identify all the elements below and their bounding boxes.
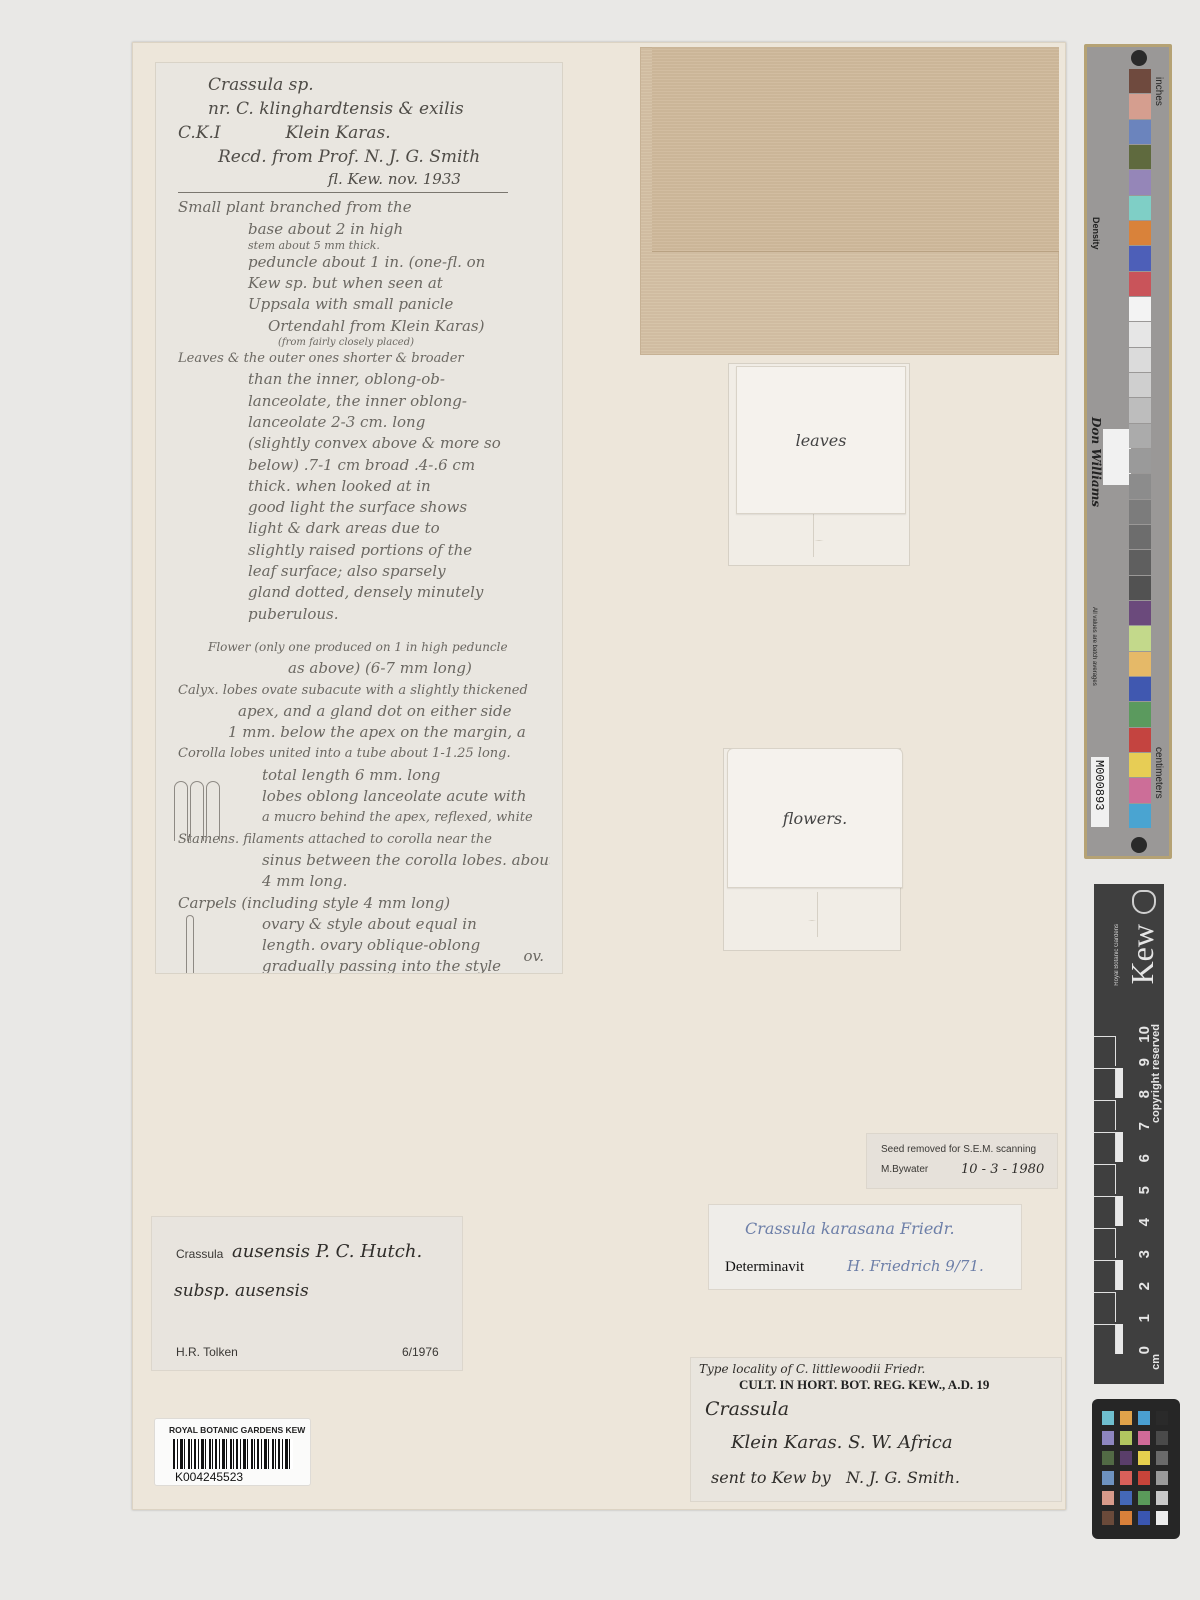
colorbar-density-label: Density (1091, 217, 1101, 250)
leaves-packet[interactable]: leaves (736, 366, 906, 514)
flowers-packet-label: flowers. (783, 809, 847, 828)
ruler-tick-label: 6 (1136, 1154, 1153, 1162)
color-calibration-bar: inches centimeters Density Don Williams … (1084, 44, 1172, 859)
note-divider (178, 192, 508, 193)
note-line: C.K.I Klein Karas. (178, 121, 550, 145)
kew-crest-icon (1132, 890, 1156, 914)
note-line: Small plant branched from the (178, 197, 550, 218)
color-swatch (1129, 449, 1151, 473)
ruler-tick-label: 3 (1136, 1250, 1153, 1258)
barcode-bars-icon (173, 1439, 293, 1469)
sem-label-text: Seed removed for S.E.M. scanning (881, 1144, 1036, 1155)
color-swatch (1129, 424, 1151, 448)
note-line: length. ovary oblique-oblong (178, 935, 550, 956)
color-swatch (1129, 677, 1151, 701)
sem-label-date: 10 - 3 - 1980 (961, 1162, 1044, 1177)
color-swatch (1129, 145, 1151, 169)
checker-patch (1102, 1471, 1114, 1485)
color-swatch (1129, 120, 1151, 144)
color-swatch (1129, 728, 1151, 752)
note-line: slightly raised portions of the (178, 540, 550, 561)
note-line: Kew sp. but when seen at (178, 273, 550, 294)
petal-sketch-icon (174, 781, 188, 841)
color-checker-card (1092, 1399, 1180, 1539)
note-line: fl. Kew. nov. 1933 (178, 169, 550, 190)
note-line: light & dark areas due to (178, 518, 550, 539)
note-line: peduncle about 1 in. (one-fl. on (178, 252, 550, 273)
note-line: nr. C. klinghardtensis & exilis (178, 97, 550, 121)
colorbar-hole-icon (1131, 837, 1147, 853)
note-line: lanceolate, the inner oblong- (178, 391, 550, 412)
ruler-alternating-bar (1116, 1196, 1123, 1226)
color-swatch (1129, 373, 1151, 397)
color-swatch (1129, 170, 1151, 194)
checker-patch (1138, 1411, 1150, 1425)
checker-patch (1102, 1431, 1114, 1445)
ruler-segment (1094, 1164, 1116, 1194)
checker-patch (1102, 1411, 1114, 1425)
note-line: 4 mm long. (178, 871, 550, 892)
ruler-tick-label: 2 (1136, 1282, 1153, 1290)
ruler-segment (1094, 1196, 1116, 1226)
cultivation-label: Type locality of C. littlewoodii Friedr.… (690, 1357, 1062, 1502)
cult-type-locality: Type locality of C. littlewoodii Friedr. (699, 1362, 925, 1376)
tolken-genus: Crassula (176, 1247, 223, 1261)
color-swatch (1129, 474, 1151, 498)
barcode-header: ROYAL BOTANIC GARDENS KEW (169, 1425, 305, 1435)
note-line: lanceolate 2-3 cm. long (178, 412, 550, 433)
checker-patch (1102, 1511, 1114, 1525)
cult-printed-header: CULT. IN HORT. BOT. REG. KEW., A.D. 19 (739, 1377, 989, 1393)
color-swatch (1129, 297, 1151, 321)
colorbar-units-bottom: centimeters (1153, 747, 1164, 799)
checker-patch (1102, 1491, 1114, 1505)
colorbar-brand: Don Williams (1089, 417, 1103, 507)
checker-patch (1120, 1431, 1132, 1445)
note-line: apex, and a gland dot on either side (178, 701, 550, 722)
note-line: Stamens. filaments attached to corolla n… (178, 829, 550, 850)
color-swatch (1129, 69, 1151, 93)
kew-subtitle: Royal Botanic Gardens (1114, 924, 1120, 986)
determination-label-tolken: Crassula ausensis P. C. Hutch. subsp. au… (151, 1216, 463, 1371)
ruler-alternating-bar (1116, 1100, 1123, 1130)
tolken-determiner: H.R. Tolken (176, 1345, 238, 1359)
checker-patch (1138, 1511, 1150, 1525)
color-swatch (1129, 246, 1151, 270)
ruler-tick-label: 5 (1136, 1186, 1153, 1194)
tolken-date: 6/1976 (402, 1345, 439, 1359)
checker-patch (1120, 1411, 1132, 1425)
checker-patch (1156, 1451, 1168, 1465)
checker-patch (1156, 1491, 1168, 1505)
note-line: (slightly convex above & more so (178, 433, 550, 454)
ruler-tick-label: 8 (1136, 1090, 1153, 1098)
color-swatch (1129, 196, 1151, 220)
cult-genus: Crassula (705, 1398, 789, 1420)
color-swatch (1129, 550, 1151, 574)
colorbar-hole-icon (1131, 50, 1147, 66)
note-line: good light the surface shows (178, 497, 550, 518)
sem-label-name: M.Bywater (881, 1164, 928, 1175)
checker-patch (1102, 1451, 1114, 1465)
determinavit-determiner: H. Friedrich 9/71. (847, 1257, 984, 1275)
color-swatch (1129, 702, 1151, 726)
ruler-segment (1094, 1292, 1116, 1322)
note-line: puberulous. (178, 604, 550, 625)
ruler-alternating-bar (1116, 1164, 1123, 1194)
note-line: Ortendahl from Klein Karas) (178, 316, 550, 337)
colorbar-id: M000893 (1092, 760, 1106, 810)
colorbar-target-patch (1103, 429, 1131, 485)
note-signature: ov. (524, 946, 545, 967)
leaves-packet-label: leaves (796, 431, 847, 450)
note-line: gradually passing into the style (178, 956, 550, 974)
note-line: lobes oblong lanceolate acute with (178, 786, 550, 807)
flowers-packet[interactable]: flowers. (727, 748, 903, 888)
ruler-segment (1094, 1068, 1116, 1098)
note-line: a mucro behind the apex, reflexed, white (178, 807, 550, 828)
petal-sketch-icon (190, 781, 204, 841)
color-swatch (1129, 221, 1151, 245)
colorbar-units-top: inches (1153, 77, 1164, 106)
ruler-tick-label: 0 (1136, 1346, 1153, 1354)
cult-sender: sent to Kew by N. J. G. Smith. (711, 1468, 960, 1487)
color-swatch (1129, 804, 1151, 828)
determinavit-label: Crassula karasana Friedr. Determinavit H… (708, 1204, 1022, 1290)
determinavit-name: Crassula karasana Friedr. (745, 1219, 955, 1238)
note-line: Recd. from Prof. N. J. G. Smith (178, 145, 550, 169)
color-swatch (1129, 322, 1151, 346)
note-line: Crassula sp. (178, 73, 550, 97)
petal-sketch-icon (206, 781, 220, 841)
color-swatch (1129, 525, 1151, 549)
note-line: total length 6 mm. long (178, 765, 550, 786)
ruler-tick-label: 9 (1136, 1058, 1153, 1066)
color-swatch (1129, 753, 1151, 777)
ruler-segment (1094, 1100, 1116, 1130)
ruler-segment (1094, 1228, 1116, 1258)
note-line: than the inner, oblong-ob- (178, 369, 550, 390)
color-swatch (1129, 626, 1151, 650)
ruler-tick-label: 10 (1136, 1026, 1153, 1043)
ruler-alternating-bar (1116, 1132, 1123, 1162)
note-line: base about 2 in high (178, 219, 550, 240)
ruler-alternating-bar (1116, 1324, 1123, 1354)
color-swatch (1129, 652, 1151, 676)
checker-patch (1120, 1471, 1132, 1485)
color-swatch (1129, 576, 1151, 600)
ruler-tick-label: 4 (1136, 1218, 1153, 1226)
checker-patch (1156, 1471, 1168, 1485)
note-line: Calyx. lobes ovate subacute with a sligh… (178, 680, 550, 701)
ruler-tick-label: 1 (1136, 1314, 1153, 1322)
color-swatch (1129, 94, 1151, 118)
tolken-epithet: ausensis P. C. Hutch. (232, 1241, 422, 1262)
note-line: Carpels (including style 4 mm long) (178, 893, 550, 914)
colorbar-id-tag: M000893 (1091, 757, 1109, 827)
note-line: stem about 5 mm thick. (178, 240, 550, 252)
kew-scale-ruler: Kew Royal Botanic Gardens copyright rese… (1094, 884, 1164, 1384)
ruler-tick-label: 7 (1136, 1122, 1153, 1130)
checker-patch (1120, 1451, 1132, 1465)
checker-patch (1156, 1431, 1168, 1445)
note-line: thick. when looked at in (178, 476, 550, 497)
ruler-segment (1094, 1132, 1116, 1162)
note-line: (from fairly closely placed) (178, 337, 550, 348)
note-line: gland dotted, densely minutely (178, 582, 550, 603)
barcode-number: K004245523 (175, 1470, 243, 1484)
checker-patch (1138, 1451, 1150, 1465)
color-swatch (1129, 500, 1151, 524)
checker-patch (1138, 1431, 1150, 1445)
checker-patch (1120, 1511, 1132, 1525)
note-line: 1 mm. below the apex on the margin, a (178, 722, 550, 743)
color-swatch (1129, 398, 1151, 422)
colorbar-note: All values are batch averages (1091, 607, 1097, 686)
ruler-alternating-bar (1116, 1228, 1123, 1258)
color-swatch (1129, 272, 1151, 296)
ruler-segment (1094, 1260, 1116, 1290)
checker-patch (1120, 1491, 1132, 1505)
color-swatch (1129, 601, 1151, 625)
sem-scanning-label: Seed removed for S.E.M. scanning M.Bywat… (866, 1133, 1058, 1189)
note-line: as above) (6-7 mm long) (178, 658, 550, 679)
note-line: leaf surface; also sparsely (178, 561, 550, 582)
cult-locality: Klein Karas. S. W. Africa (731, 1432, 953, 1453)
checker-patch (1138, 1471, 1150, 1485)
note-line: Leaves & the outer ones shorter & broade… (178, 348, 550, 369)
ruler-alternating-bar (1116, 1292, 1123, 1322)
checker-patch (1138, 1491, 1150, 1505)
ruler-alternating-bar (1116, 1068, 1123, 1098)
tolken-subspecies: subsp. ausensis (174, 1281, 309, 1301)
ruler-segment (1094, 1324, 1116, 1354)
note-line: Uppsala with small panicle (178, 294, 550, 315)
kew-ruler-unit: cm (1150, 1354, 1162, 1370)
checker-patch (1156, 1411, 1168, 1425)
ruler-alternating-bar (1116, 1036, 1123, 1066)
note-line: ovary & style about equal in (178, 914, 550, 935)
note-line: below) .7-1 cm broad .4-.6 cm (178, 455, 550, 476)
specimen-barcode[interactable]: ROYAL BOTANIC GARDENS KEW K004245523 (154, 1418, 311, 1486)
envelope-flap[interactable] (652, 47, 1059, 252)
ruler-alternating-bar (1116, 1260, 1123, 1290)
note-line: Corolla lobes united into a tube about 1… (178, 743, 550, 764)
carpel-sketch-icon (186, 915, 194, 974)
note-line: sinus between the corolla lobes. about (178, 850, 550, 871)
note-line: Flower (only one produced on 1 in high p… (178, 637, 550, 658)
checker-patch (1156, 1511, 1168, 1525)
color-swatch (1129, 348, 1151, 372)
handwritten-description-note: Crassula sp. nr. C. klinghardtensis & ex… (155, 62, 563, 974)
determinavit-prefix: Determinavit (725, 1259, 804, 1276)
ruler-segment (1094, 1036, 1116, 1066)
kew-logo: Kew (1124, 924, 1161, 984)
color-swatch (1129, 778, 1151, 802)
